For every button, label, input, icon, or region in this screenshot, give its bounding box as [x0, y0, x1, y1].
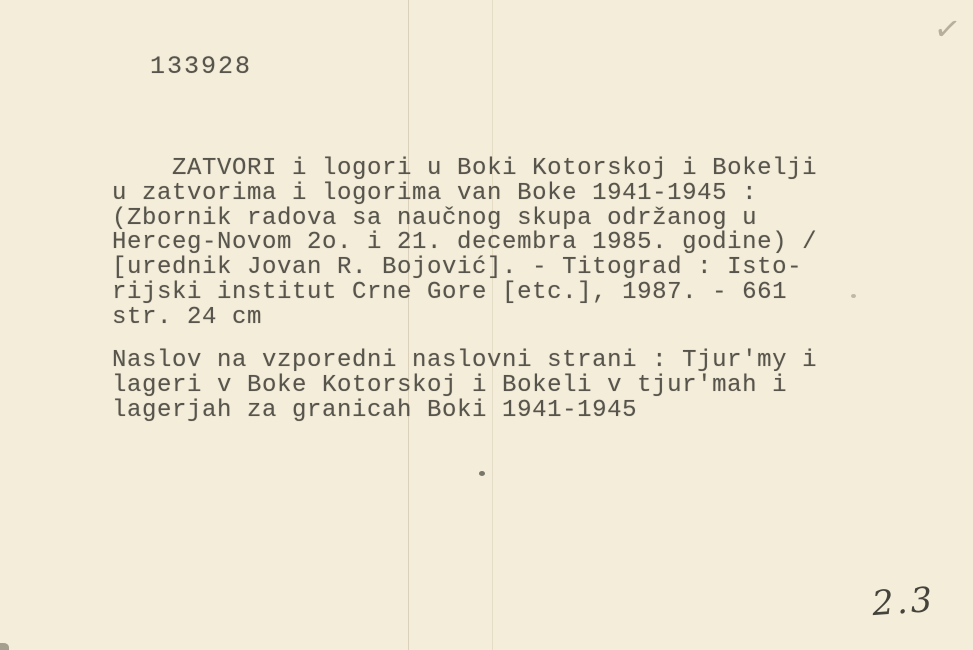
parallel-title-note: Naslov na vzporedni naslovni strani : Tj… [112, 349, 902, 423]
handwritten-shelf-mark: 2.3 [871, 580, 937, 624]
ink-speck [479, 471, 485, 476]
checkmark-icon: ✓ [931, 8, 963, 49]
catalog-card: ✓ 133928 ZATVORI i logori u Boki Kotorsk… [0, 0, 973, 650]
main-entry-paragraph: ZATVORI i logori u Boki Kotorskoj i Boke… [112, 157, 902, 331]
faint-speck [851, 294, 856, 298]
accession-number: 133928 [150, 52, 252, 81]
corner-smudge [0, 643, 9, 650]
